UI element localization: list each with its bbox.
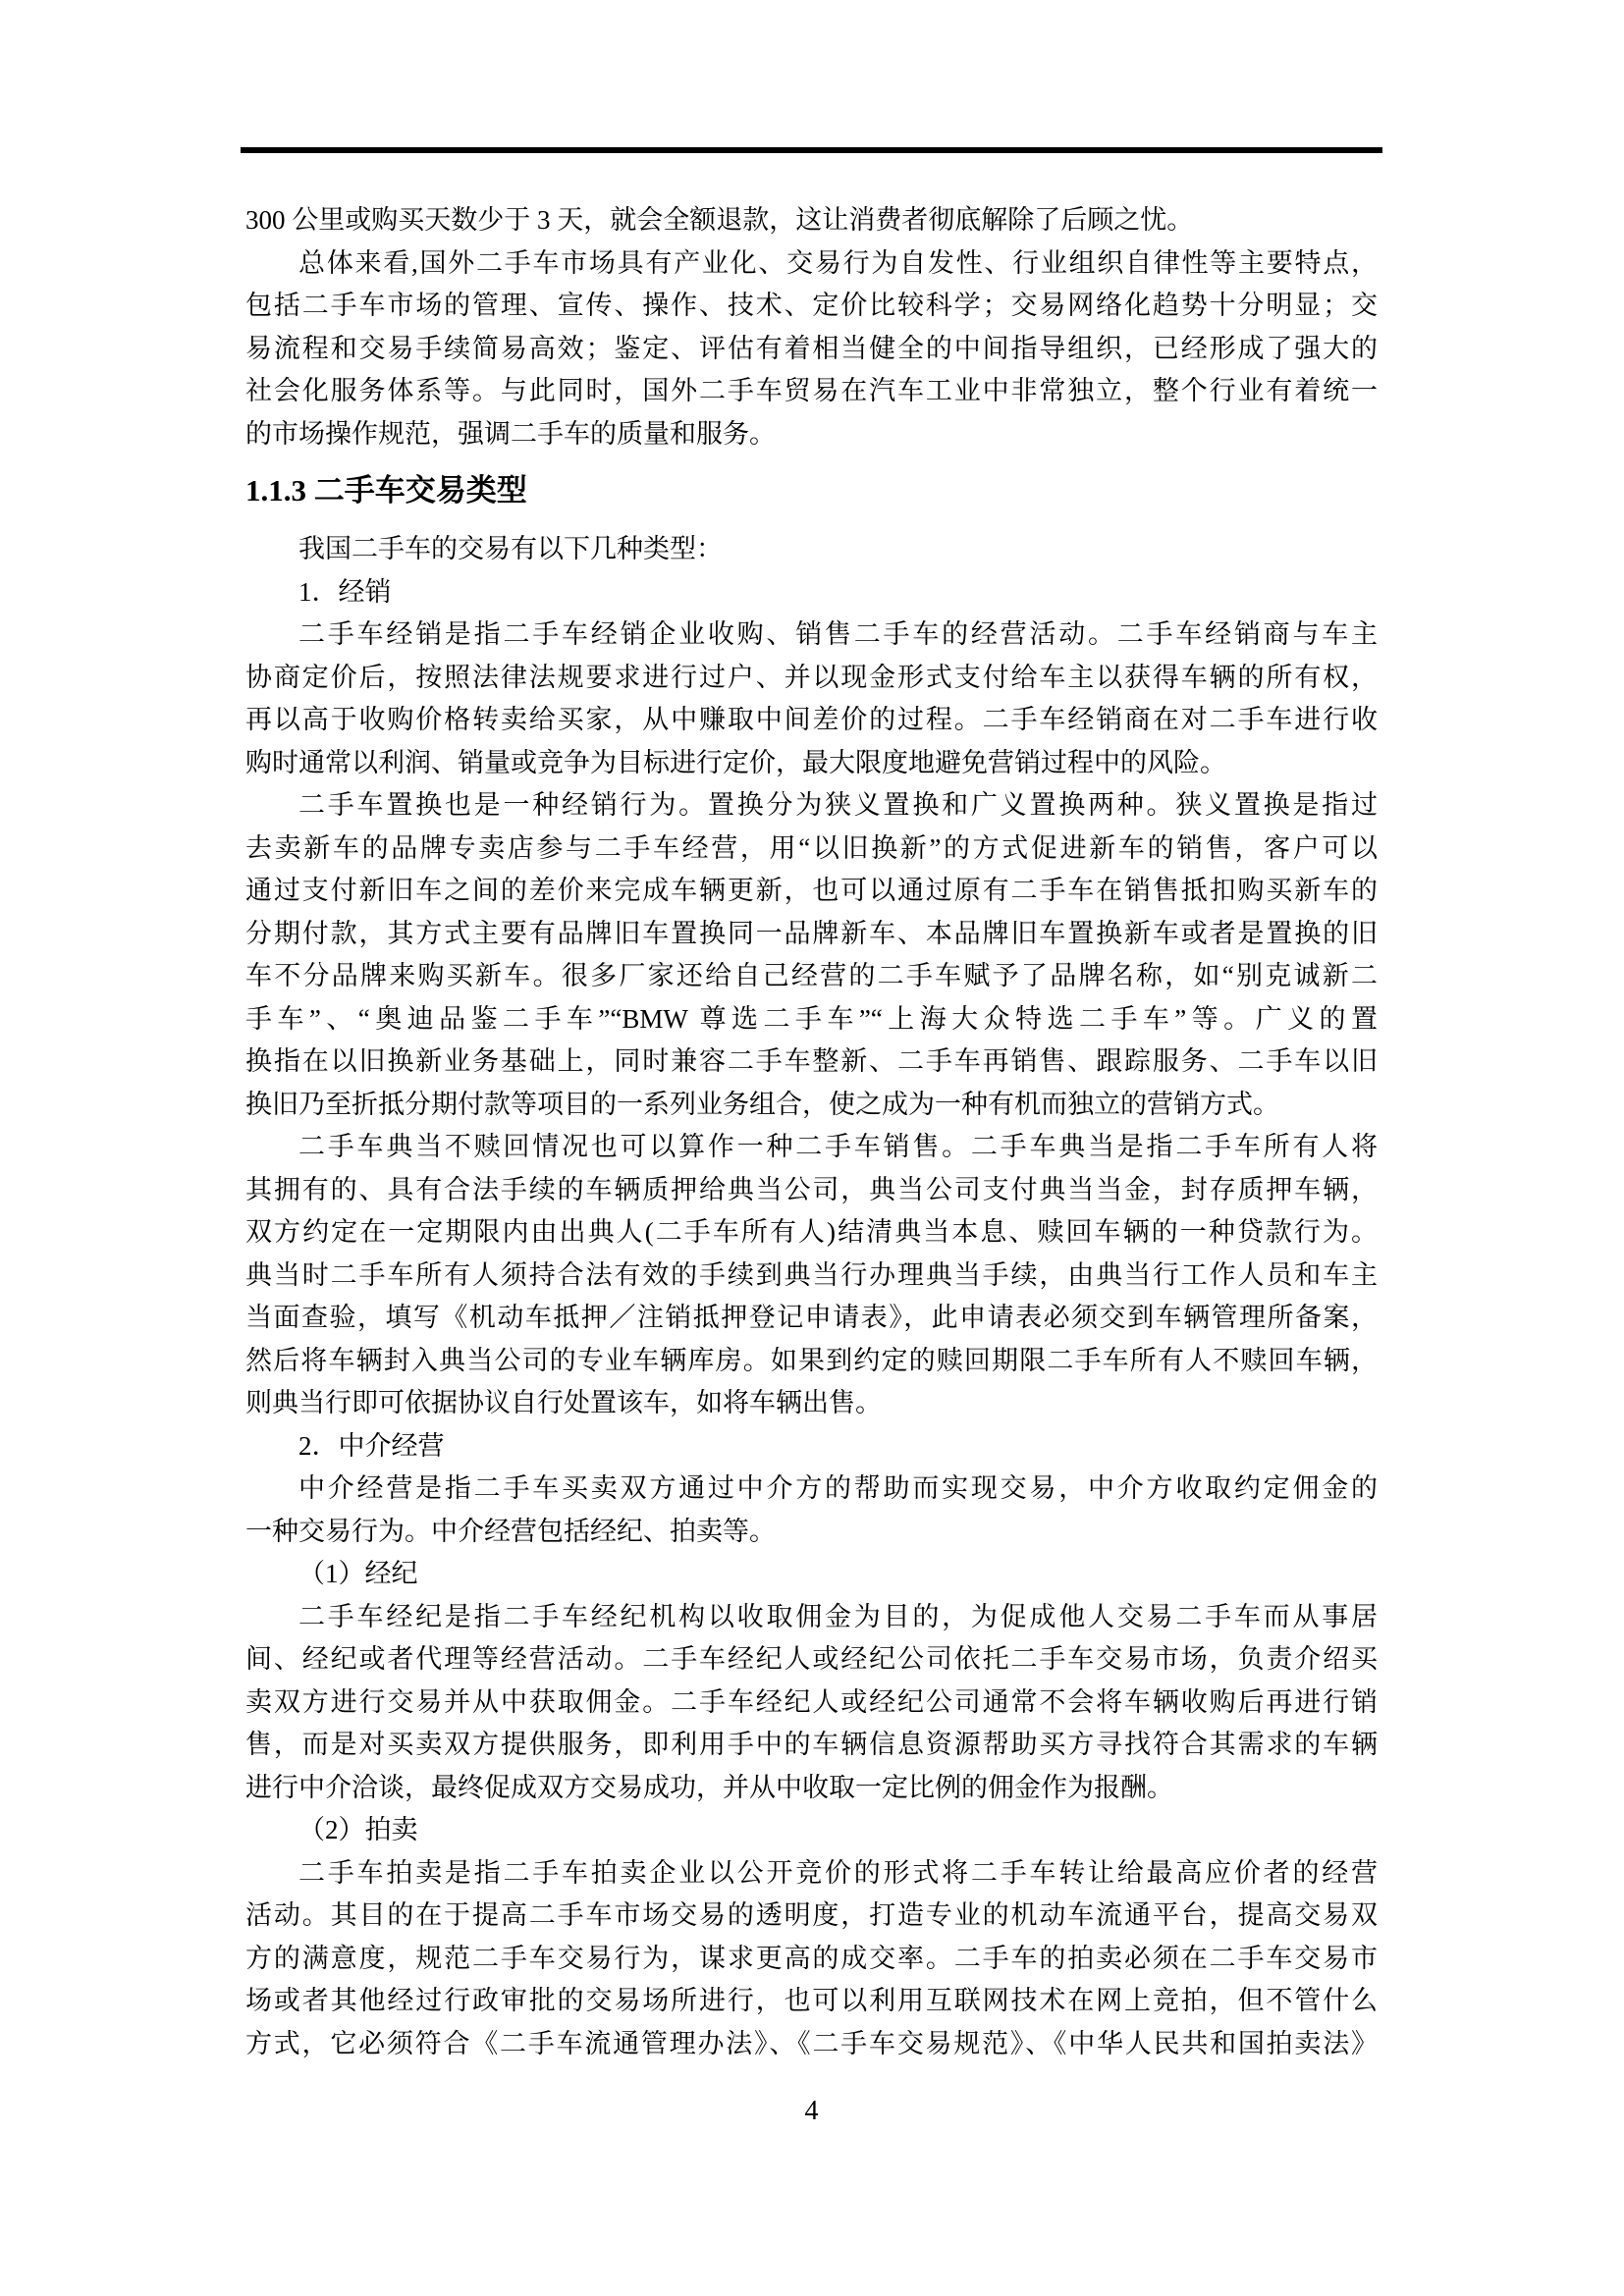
text-line: 通过支付新旧车之间的差价来完成车辆更新，也可以通过原有二手车在销售抵扣购买新车的 [245,870,1378,913]
text-line: 去卖新车的品牌专卖店参与二手车经营，用“以旧换新”的方式促进新车的销售，客户可以 [245,828,1378,871]
paragraph: 二手车经纪是指二手车经纪机构以收取佣金为目的，为促成他人交易二手车而从事居间、经… [245,1596,1378,1810]
text-line: （2）拍卖 [245,1809,1378,1852]
text-line: 典当时二手车所有人须持合法有效的手续到典当行办理典当手续，由典当行工作人员和车主 [245,1255,1378,1298]
text-line: 间、经纪或者代理等经营活动。二手车经纪人或经纪公司依托二手车交易市场，负责介绍买 [245,1638,1378,1682]
text-line: 活动。其目的在于提高二手车市场交易的透明度，打造专业的机动车流通平台，提高交易双 [245,1895,1378,1938]
paragraph: 我国二手车的交易有以下几种类型： [245,528,1378,571]
text-line: 分期付款，其方式主要有品牌旧车置换同一品牌新车、本品牌旧车置换新车或者是置换的旧 [245,913,1378,956]
text-line: 二手车经销是指二手车经销企业收购、销售二手车的经营活动。二手车经销商与车主 [245,614,1378,657]
text-line: 场或者其他经过行政审批的交易场所进行，也可以利用互联网技术在网上竞拍，但不管什么 [245,1980,1378,2023]
text-line: 总体来看,国外二手车市场具有产业化、交易行为自发性、行业组织自律性等主要特点， [245,242,1378,286]
text-line: 方的满意度，规范二手车交易行为，谋求更高的成交率。二手车的拍卖必须在二手车交易市 [245,1938,1378,1981]
paragraph: 中介经营是指二手车买卖双方通过中介方的帮助而实现交易，中介方收取约定佣金的一种交… [245,1468,1378,1553]
text-line: 换指在以旧换新业务基础上，同时兼容二手车整新、二手车再销售、跟踪服务、二手车以旧 [245,1041,1378,1084]
text-line: 售，而是对买卖双方提供服务，即利用手中的车辆信息资源帮助买方寻找符合其需求的车辆 [245,1724,1378,1767]
text-line: 一种交易行为。中介经营包括经纪、拍卖等。 [245,1511,1378,1554]
list-item: 1．经销 [245,571,1378,614]
text-line: 我国二手车的交易有以下几种类型： [245,528,1378,571]
text-line: 协商定价后，按照法律法规要求进行过户、并以现金形式支付给车主以获得车辆的所有权， [245,657,1378,700]
list-item: （2）拍卖 [245,1809,1378,1852]
text-line: 双方约定在一定期限内由出典人(二手车所有人)结清典当本息、赎回车辆的一种贷款行为… [245,1211,1378,1255]
paragraph: 300 公里或购买天数少于 3 天，就会全额退款，这让消费者彻底解除了后顾之忧。 [245,199,1378,242]
text-line: 再以高于收购价格转卖给买家，从中赚取中间差价的过程。二手车经销商在对二手车进行收 [245,699,1378,742]
text-line: （1）经纪 [245,1553,1378,1596]
text-line: 当面查验，填写《机动车抵押／注销抵押登记申请表》，此申请表必须交到车辆管理所备案… [245,1297,1378,1340]
text-line: 卖双方进行交易并从中获取佣金。二手车经纪人或经纪公司通常不会将车辆收购后再进行销 [245,1682,1378,1725]
paragraph: 二手车典当不赎回情况也可以算作一种二手车销售。二手车典当是指二手车所有人将其拥有… [245,1126,1378,1425]
text-line: 易流程和交易手续简易高效；鉴定、评估有着相当健全的中间指导组织，已经形成了强大的 [245,328,1378,371]
page-footer: 4 [245,2095,1378,2128]
text-line: 二手车典当不赎回情况也可以算作一种二手车销售。二手车典当是指二手车所有人将 [245,1126,1378,1169]
text-line: 车不分品牌来购买新车。很多厂家还给自己经营的二手车赋予了品牌名称，如“别克诚新二 [245,955,1378,998]
section-heading: 1.1.3 二手车交易类型 [245,468,1378,513]
text-line: 社会化服务体系等。与此同时，国外二手车贸易在汽车工业中非常独立，整个行业有着统一 [245,370,1378,413]
text-line: 2．中介经营 [245,1425,1378,1468]
header-rule [241,147,1382,153]
text-line: 二手车经纪是指二手车经纪机构以收取佣金为目的，为促成他人交易二手车而从事居 [245,1596,1378,1639]
paragraph: 二手车置换也是一种经销行为。置换分为狭义置换和广义置换两种。狭义置换是指过去卖新… [245,784,1378,1126]
text-line: 包括二手车市场的管理、宣传、操作、技术、定价比较科学；交易网络化趋势十分明显；交 [245,285,1378,328]
text-line: 然后将车辆封入典当公司的专业车辆库房。如果到约定的赎回期限二手车所有人不赎回车辆… [245,1340,1378,1383]
list-item: （1）经纪 [245,1553,1378,1596]
text-line: 1．经销 [245,571,1378,614]
text-line: 则典当行即可依据协议自行处置该车，如将车辆出售。 [245,1382,1378,1425]
text-line: 的市场操作规范，强调二手车的质量和服务。 [245,413,1378,456]
document-page: 300 公里或购买天数少于 3 天，就会全额退款，这让消费者彻底解除了后顾之忧。… [0,0,1624,2296]
page-number: 4 [805,2096,819,2126]
page-body: 300 公里或购买天数少于 3 天，就会全额退款，这让消费者彻底解除了后顾之忧。… [245,199,1378,2065]
text-line: 300 公里或购买天数少于 3 天，就会全额退款，这让消费者彻底解除了后顾之忧。 [245,199,1378,242]
text-line: 二手车拍卖是指二手车拍卖企业以公开竞价的形式将二手车转让给最高应价者的经营 [245,1852,1378,1896]
text-line: 中介经营是指二手车买卖双方通过中介方的帮助而实现交易，中介方收取约定佣金的 [245,1468,1378,1511]
text-line: 换旧乃至折抵分期付款等项目的一系列业务组合，使之成为一种有机而独立的营销方式。 [245,1084,1378,1127]
paragraph: 总体来看,国外二手车市场具有产业化、交易行为自发性、行业组织自律性等主要特点，包… [245,242,1378,456]
list-item: 2．中介经营 [245,1425,1378,1468]
text-line: 购时通常以利润、销量或竞争为目标进行定价，最大限度地避免营销过程中的风险。 [245,742,1378,785]
text-line: 其拥有的、具有合法手续的车辆质押给典当公司，典当公司支付典当当金，封存质押车辆， [245,1169,1378,1212]
paragraph: 二手车拍卖是指二手车拍卖企业以公开竞价的形式将二手车转让给最高应价者的经营活动。… [245,1852,1378,2066]
text-line: 方式，它必须符合《二手车流通管理办法》、《二手车交易规范》、《中华人民共和国拍卖… [245,2023,1378,2066]
text-line: 进行中介洽谈，最终促成双方交易成功，并从中收取一定比例的佣金作为报酬。 [245,1767,1378,1810]
paragraph: 二手车经销是指二手车经销企业收购、销售二手车的经营活动。二手车经销商与车主协商定… [245,614,1378,784]
text-line: 二手车置换也是一种经销行为。置换分为狭义置换和广义置换两种。狭义置换是指过 [245,784,1378,828]
text-line: 手车”、“奥迪品鉴二手车”“BMW 尊选二手车”“上海大众特选二手车”等。广义的… [245,998,1378,1041]
